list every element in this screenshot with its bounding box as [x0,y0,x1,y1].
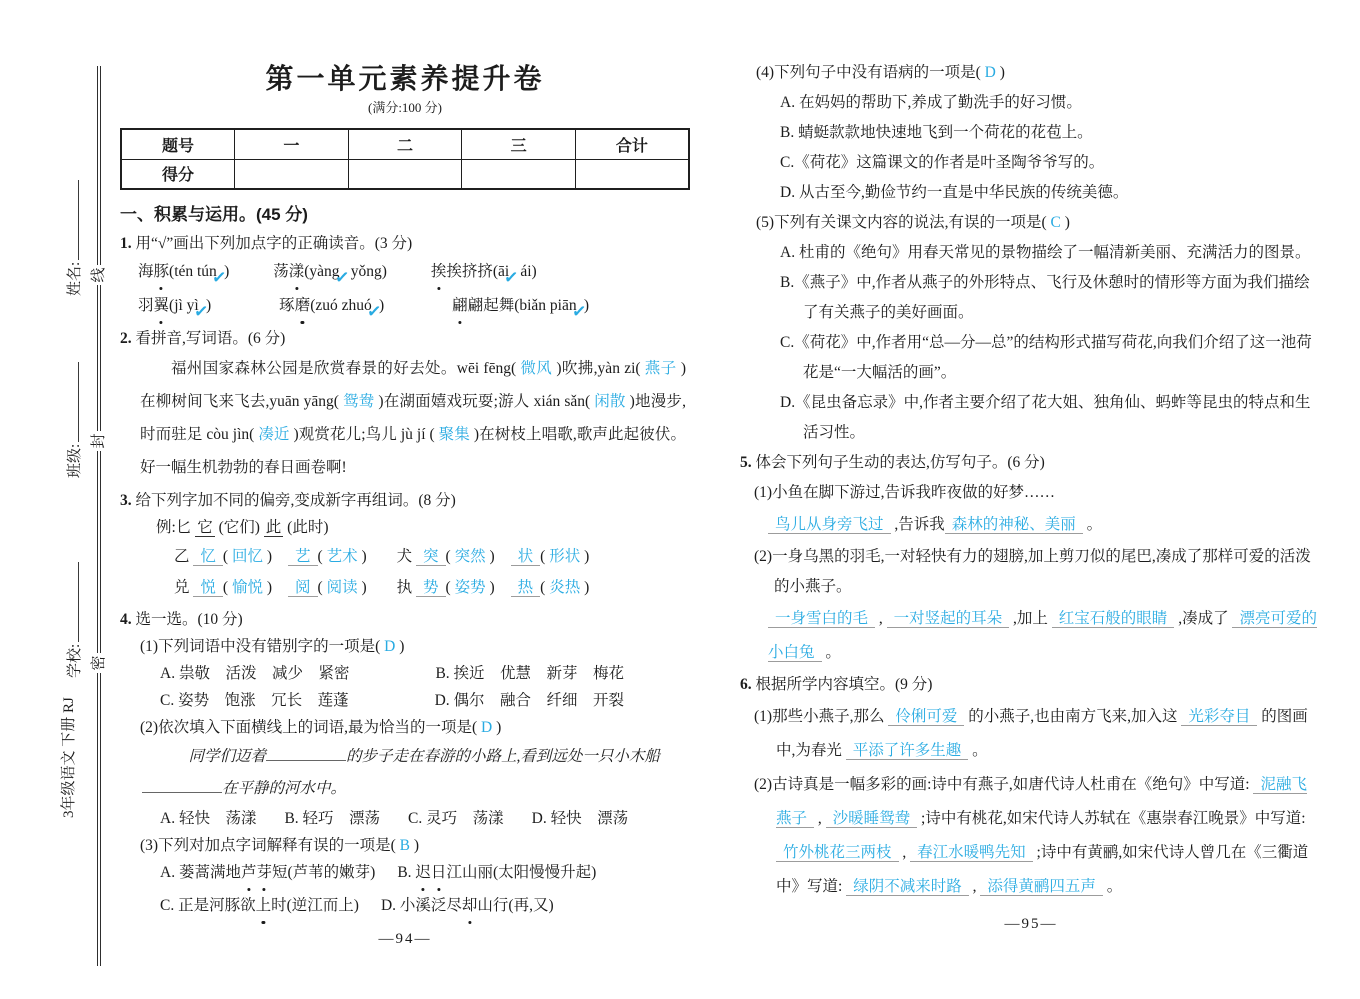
score-empty-cell [462,159,576,189]
answer-text: 回忆 [232,548,263,565]
text: (它们) [215,519,264,536]
text: (此时) [283,519,328,536]
text: 琢 [279,297,295,314]
text: 的小燕子,也由南方飞来,加入这 [964,708,1181,725]
answer-on-blank: 沙暖睡鸳鸯 [826,810,918,828]
text: ,加上 [1009,610,1052,627]
answer-text: 鸳鸯 [343,393,374,410]
q4-5-option-d: D.《昆虫备忘录》中,作者主要介绍了花大姐、独角仙、蚂蚱等昆虫的特点和生活习性。 [780,388,1322,448]
q4-5-stem: (5)下列有关课文内容的说法,有误的一项是( C ) [756,208,1322,238]
text: D. 小溪泛尽 [381,897,462,914]
score-table-header-row: 题号 一 二 三 合计 [121,129,689,159]
q5-2-answer: 一身雪白的毛 , 一对竖起的耳朵 ,加上 红宝石般的眼睛 ,凑成了 漂亮可爱的小… [768,602,1322,670]
text: 短(芦苇的嫩芽) [272,864,375,881]
q6-1-fill: (1)那些小燕子,那么 伶俐可爱 的小燕子,也由南方飞来,加入这 光彩夺目 的图… [754,700,1322,768]
answer-on-blank: 突 [416,548,446,566]
name-field-label: 姓名: [67,262,83,296]
section-1-heading: 一、积累与运用。(45 分) [120,203,690,227]
q1-row-1: 海豚(tén tún✓)荡漾(yàng✓ yǒng)挨挨挤挤(āi✓ ái) [138,257,690,285]
answer-on-blank: 森林的神秘、美丽 [945,516,1083,534]
text: D. 轻快 漂荡 [532,810,628,827]
q4-5-option-a: A. 杜甫的《绝句》用春天常见的景物描绘了一幅清新美丽、充满活力的图景。 [780,238,1322,268]
text: ,凑成了 [1174,610,1232,627]
q5-2-prompt: (2)一身乌黑的羽毛,一对轻快有力的翅膀,加上剪刀似的尾巴,凑成了那样可爱的活泼… [754,542,1322,602]
answer-text: 聚集 [439,426,470,443]
answer-text: 形状 [549,548,580,565]
text: A. 祟敬 活泼 减少 紧密 [160,665,349,682]
checkmark-icon: ✓ [570,297,587,325]
score-empty-cell [235,159,349,189]
seal-char-feng: 封 [86,431,112,451]
page-left: 第一单元素养提升卷 (满分:100 分) 题号 一 二 三 合计 得分 一、积累… [120,62,690,950]
class-field-label: 班级: [67,444,83,478]
text: 根据所学内容填空。(9 分) [752,676,933,693]
q4-2-stem: (2)依次填入下面横线上的词语,最为恰当的一项是( D ) [140,714,690,741]
name-blank-line [65,180,79,260]
text: 海 [138,263,154,280]
q3-example: 例:匕 它 (它们) 此 (此时) [156,514,690,541]
q4-4-option-a: A. 在妈妈的帮助下,养成了勤洗手的好习惯。 [780,88,1322,118]
spacer [387,275,431,276]
text: ) [492,719,501,736]
spacer [349,677,435,678]
q6-heading: 6. 根据所学内容填空。(9 分) [740,670,1322,700]
spacer [211,309,279,310]
text: ( [540,548,549,565]
text: ) [486,548,495,565]
q4-heading: 4. 选一选。(10 分) [120,606,690,633]
score-table-cell: 一 [235,129,349,159]
text: 时(逆江而上) [271,897,359,914]
answer-text: C [1051,214,1061,231]
text: 用“√”画出下列加点字的正确读音。(3 分) [132,235,413,252]
checkmark-icon: ✓ [210,263,227,291]
text: )在湖面嬉戏玩耍;游人 xián sǎn( [374,393,594,410]
emphasized-char: 上 [256,892,272,919]
score-table-cell: 三 [462,129,576,159]
answer-text: 闲散 [594,393,625,410]
text: ;诗中有桃花,如宋代诗人苏轼在《惠崇春江晚景》中写道: [917,810,1305,827]
text: , [899,844,911,861]
emphasized-char: 日 [431,859,447,886]
text: (3)下列对加点字词解释有误的一项是( [140,837,400,854]
text: C. 灵巧 荡漾 [408,810,504,827]
text: , [969,878,981,895]
q3-row-1: 乙 忆( 回忆 )艺( 艺术 )犬 突( 突然 )状( 形状 ) [174,541,690,572]
text: ) [395,638,404,655]
answer-on-blank: 一身雪白的毛 [768,610,875,628]
question-number: 6. [740,676,752,693]
text: 犬 [397,548,416,565]
text: ( [318,579,327,596]
text: )观赏花儿;鸟儿 jù jí ( [290,426,439,443]
kai-sentence-text: 的步子走在春游的小路上,看到远处一只小木船 [346,748,660,765]
text: (zuó zhuó [310,297,372,314]
q4-1-options-ab: A. 祟敬 活泼 减少 紧密B. 挨近 优慧 新芽 梅花 [160,660,690,687]
text: ) [358,579,367,596]
emphasized-char: 漾 [289,258,305,285]
answer-text: 突然 [455,548,486,565]
answer-on-blank: 竹外桃花三两枝 [776,844,899,862]
emphasized-char: 芦 [241,859,257,886]
text: 江山丽(太阳慢慢升起) [446,864,596,881]
text: 。 [968,742,987,759]
spacer [367,591,397,592]
text: C. 姿势 饱涨 冗长 莲蓬 [160,692,349,709]
score-table-cell: 题号 [121,129,235,159]
checkmark-icon: ✓ [192,297,209,325]
answer-on-blank: 鸟儿从身旁飞过 [768,516,891,534]
q4-3-options-ab: A. 蒌蒿满地芦芽短(芦苇的嫩芽)B. 迟日江山丽(太阳慢慢升起) [160,859,690,886]
text: B. 轻巧 漂荡 [284,810,380,827]
page-right: (4)下列句子中没有语病的一项是( D ) A. 在妈妈的帮助下,养成了勤洗手的… [740,58,1322,935]
full-score-note: (满分:100 分) [120,99,690,117]
text: 。 [1103,878,1122,895]
text: A. 蒌蒿满地 [160,864,241,881]
q1-heading: 1. 用“√”画出下列加点字的正确读音。(3 分) [120,230,690,257]
emphasized-char: 却 [462,892,478,919]
score-empty-cell [575,159,689,189]
text: ( [446,579,455,596]
checkmark-icon: ✓ [333,263,350,291]
answer-text: 炎热 [549,579,580,596]
underlined-char: 此 [264,519,284,537]
answer-text: 艺术 [327,548,358,565]
blank-underline [266,746,346,761]
text: ) [486,579,495,596]
text: ( [223,579,232,596]
question-number: 3. [120,492,132,509]
text: (5)下列有关课文内容的说法,有误的一项是( [756,214,1051,231]
q4-5-option-b: B.《燕子》中,作者从燕子的外形特点、飞行及休憩时的情形等方面为我们描绘了有关燕… [780,268,1322,328]
q2-heading: 2. 看拼音,写词语。(6 分) [120,325,690,352]
text: ) [996,64,1005,81]
page-number-left: —94— [120,928,690,950]
emphasized-char: 豚 [154,258,170,285]
answer-on-blank: 阅 [288,579,318,597]
class-blank-line [65,362,79,442]
answer-text: D [384,638,395,655]
text: 执 [397,579,416,596]
text: )吹拂,yàn zi( [552,360,645,377]
emphasized-char: 迟 [415,859,431,886]
kai-sentence-text: 同学们迈着 [189,748,267,765]
text: ) [263,579,272,596]
q2-paragraph: 福州国家森林公园是欣赏春景的好去处。wēi fēng( 微风 )吹拂,yàn z… [140,352,686,484]
spacer [272,591,288,592]
answer-on-blank: 光彩夺目 [1181,708,1257,726]
blank-underline [142,778,222,793]
text: (2)古诗真是一幅多彩的画:诗中有燕子,如唐代诗人杜甫在《绝句》中写道: [754,776,1253,793]
text: ( [318,548,327,565]
answer-text: 凑近 [258,426,289,443]
text: 挨挤挤(āi [446,263,509,280]
spacer [256,822,284,823]
text: ) [263,548,272,565]
seal-char-xian: 线 [86,265,112,285]
text: 翩起舞(biǎn piān [468,297,577,314]
score-table: 题号 一 二 三 合计 得分 [120,128,690,190]
q4-4-option-b: B. 蜻蜓款款地快速地飞到一个荷花的花苞上。 [780,118,1322,148]
school-field: 学校: [64,562,86,678]
question-number: 4. [120,611,132,628]
q4-2-options: A. 轻快 荡漾B. 轻巧 漂荡C. 灵巧 荡漾D. 轻快 漂荡 [160,805,690,832]
text: (1)那些小燕子,那么 [754,708,888,725]
text: 乙 [174,548,193,565]
text: ( [446,548,455,565]
answer-on-blank: 艺 [288,548,318,566]
answer-text: 愉悦 [232,579,263,596]
text: 山行(再,又) [477,897,553,914]
seal-char-mi: 密 [86,653,112,673]
q3-heading: 3. 给下列字加不同的偏旁,变成新字再组词。(8 分) [120,487,690,514]
answer-on-blank: 忆 [193,548,223,566]
answer-text: 燕子 [645,360,677,377]
text: 。 [822,644,841,661]
answer-on-blank: 绿阴不减来时路 [846,878,969,896]
underlined-char: 它 [195,519,215,537]
q4-5-option-c: C.《荷花》中,作者用“总—分—总”的结构形式描写荷花,向我们介绍了这一池荷花是… [780,328,1322,388]
spacer [384,309,452,310]
text: ,告诉我 [891,516,945,533]
paper-title: 第一单元素养提升卷 [120,62,690,96]
text: B. 挨近 优慧 新芽 梅花 [435,665,624,682]
answer-text: D [481,719,492,736]
answer-on-blank: 春江水暖鸭先知 [910,844,1033,862]
spacer [367,560,397,561]
score-table-score-row: 得分 [121,159,689,189]
q4-4-option-d: D. 从古至今,勤俭节约一直是中华民族的传统美德。 [780,178,1322,208]
answer-on-blank: 状 [511,548,541,566]
spacer [359,909,381,910]
score-table-cell: 合计 [575,129,689,159]
text: 兑 [174,579,193,596]
answer-on-blank: 势 [416,579,446,597]
answer-text: 阅读 [327,579,358,596]
spacer [380,822,408,823]
answer-text: 微风 [520,360,552,377]
text: ) [358,548,367,565]
q4-3-stem: (3)下列对加点字词解释有误的一项是( B ) [140,832,690,859]
page-number-right: —95— [740,913,1322,935]
score-empty-cell [348,159,462,189]
q4-3-options-cd: C. 正是河豚欲上时(逆江而上)D. 小溪泛尽却山行(再,又) [160,892,690,919]
emphasized-char: 芽 [256,859,272,886]
text: 例:匕 [156,519,195,536]
text: ) [580,579,589,596]
class-field: 班级: [64,362,86,478]
text: (4)下列句子中没有语病的一项是( [756,64,985,81]
text: 福州国家森林公园是欣赏春景的好去处。wēi fēng( [171,360,520,377]
checkmark-icon: ✓ [503,263,520,291]
emphasized-char: 挨 [431,258,447,285]
text: ) [410,837,419,854]
spacer [349,704,435,705]
spacer [272,560,288,561]
checkmark-icon: ✓ [365,297,382,325]
text: ) [1061,214,1070,231]
emphasized-char: 翼 [154,292,170,319]
text: (2)依次填入下面横线上的词语,最为恰当的一项是( [140,719,481,736]
text: 荡 [273,263,289,280]
text: 羽 [138,297,154,314]
q5-1-prompt: (1)小鱼在脚下游过,告诉我昨夜做的好梦…… [754,478,1322,508]
text: 看拼音,写词语。(6 分) [132,330,286,347]
answer-on-blank: 平添了许多生趣 [846,742,969,760]
text: , [814,810,826,827]
score-label-cell: 得分 [121,159,235,189]
text: B. [397,864,415,881]
answer-text: 姿势 [455,579,486,596]
q5-heading: 5. 体会下列句子生动的表达,仿写句子。(6 分) [740,448,1322,478]
q6-2-fill: (2)古诗真是一幅多彩的画:诗中有燕子,如唐代诗人杜甫在《绝句》中写道: 泥融飞… [754,768,1322,904]
answer-on-blank: 红宝石般的眼睛 [1052,610,1175,628]
q1-row-2: 羽翼(jì yì✓)琢磨(zuó zhuó✓)翩翩起舞(biǎn piān✓) [138,291,690,319]
q4-1-options-cd: C. 姿势 饱涨 冗长 莲蓬D. 偶尔 融合 纤细 开裂 [160,687,690,714]
text: (tén tún [169,263,217,280]
answer-on-blank: 悦 [193,579,223,597]
spacer [504,822,532,823]
name-field: 姓名: [64,180,86,296]
text: A. 轻快 荡漾 [160,810,256,827]
answer-text: B [400,837,410,854]
text: 给下列字加不同的偏旁,变成新字再组词。(8 分) [132,492,456,509]
spacer [375,876,397,877]
text: ) [580,548,589,565]
question-number: 5. [740,454,752,471]
text: 。 [1083,516,1102,533]
q4-2-sentence: 同学们迈着的步子走在春游的小路上,看到远处一只小木船在平静的河水中。 [142,741,682,805]
text: yǒng) [347,263,387,280]
q4-1-stem: (1)下列词语中没有错别字的一项是( D ) [140,633,690,660]
text: (1)下列词语中没有错别字的一项是( [140,638,384,655]
question-number: 1. [120,235,132,252]
q5-1-answer: 鸟儿从身旁飞过 ,告诉我森林的神秘、美丽 。 [768,508,1322,542]
spacer [229,275,273,276]
answer-on-blank: 一对竖起的耳朵 [887,610,1010,628]
book-edition-label: 3年级语文 下册 RJ [58,697,80,818]
text: ( [540,579,549,596]
text: 选一选。(10 分) [132,611,243,628]
school-field-label: 学校: [67,644,83,678]
spacer [495,560,511,561]
emphasized-char: 磨 [295,292,311,319]
text: ( [223,548,232,565]
q4-4-option-c: C.《荷花》这篇课文的作者是叶圣陶爷爷写的。 [780,148,1322,178]
answer-on-blank: 添得黄鹂四五声 [980,878,1103,896]
spacer [495,591,511,592]
score-table-cell: 二 [348,129,462,159]
text: D. 偶尔 融合 纤细 开裂 [435,692,624,709]
exam-paper-scan: 姓名: 班级: 学校: 3年级语文 下册 RJ 线 封 密 第一单元素养提升卷 … [0,0,1360,999]
q3-row-2: 兑 悦( 愉悦 )阅( 阅读 )执 势( 姿势 )热( 炎热 ) [174,572,690,603]
text: , [875,610,887,627]
kai-sentence-text: 在平静的河水中。 [222,780,346,797]
school-blank-line [65,562,79,642]
question-number: 2. [120,330,132,347]
q4-4-stem: (4)下列句子中没有语病的一项是( D ) [756,58,1322,88]
emphasized-char: 翩 [452,292,468,319]
text: C. 正是河豚欲 [160,897,256,914]
answer-on-blank: 热 [511,579,541,597]
text: 体会下列句子生动的表达,仿写句子。(6 分) [752,454,1045,471]
answer-on-blank: 伶俐可爱 [888,708,964,726]
seal-divider-line [97,66,101,966]
answer-text: D [985,64,996,81]
